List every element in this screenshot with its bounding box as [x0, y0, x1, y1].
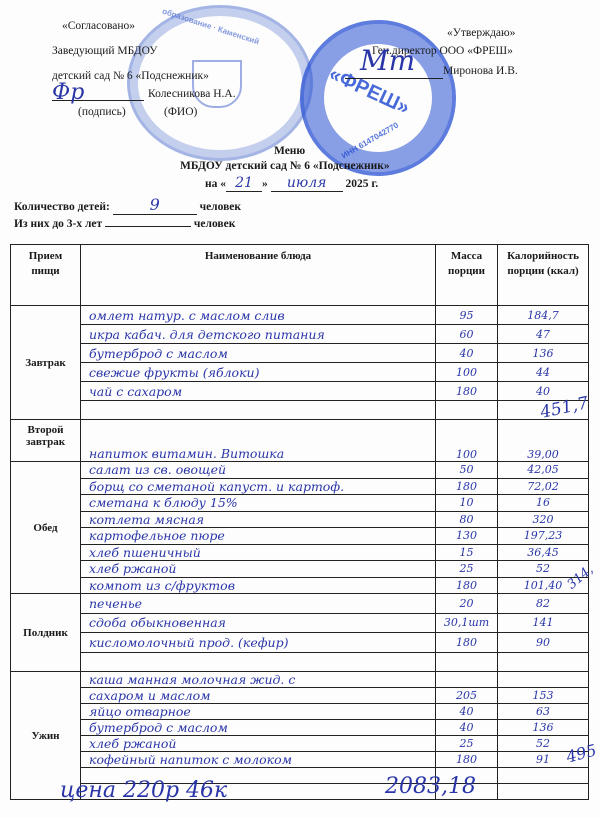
- dish-name: сметана к блюду 15%: [81, 495, 436, 512]
- dish-name: печенье: [81, 594, 436, 614]
- dish-name-text: котлета мясная: [81, 512, 204, 527]
- dish-name-text: бутерброд с маслом: [81, 720, 228, 735]
- dish-kcal: [498, 768, 589, 784]
- dish-kcal-text: 47: [536, 328, 550, 341]
- dish-mass-text: 180: [456, 753, 477, 766]
- organization-stamp-kindergarten: образование · Каменский: [127, 5, 313, 161]
- dish-kcal: 197,23: [498, 528, 589, 545]
- table-row: бутерброд с маслом40136: [11, 344, 589, 363]
- dish-name-text: хлеб пшеничный: [81, 545, 201, 560]
- header-mass: Масса порции: [436, 245, 498, 306]
- signature-caption: (подпись): [78, 106, 126, 118]
- dish-kcal: [498, 672, 589, 688]
- dish-name-text: [81, 403, 89, 418]
- dish-mass-text: 40: [460, 721, 474, 734]
- dish-name-text: сахаром и маслом: [81, 688, 211, 703]
- table-row: борщ со сметаной капуст. и картоф.18072,…: [11, 478, 589, 495]
- dish-mass: 15: [436, 544, 498, 561]
- dish-mass: 25: [436, 736, 498, 752]
- dish-mass: 40: [436, 344, 498, 363]
- dish-name-text: свежие фрукты (яблоки): [81, 365, 259, 380]
- dish-mass-text: 50: [460, 463, 474, 476]
- dish-mass: 25: [436, 561, 498, 578]
- dish-kcal-text: 39,00: [527, 448, 559, 461]
- dish-kcal: [498, 784, 589, 800]
- dish-name: бутерброд с маслом: [81, 720, 436, 736]
- dish-kcal-text: 91: [536, 753, 550, 766]
- dish-kcal-text: 320: [533, 513, 554, 526]
- dish-mass: 130: [436, 528, 498, 545]
- approval-right-label: «Утверждаю»: [447, 27, 515, 39]
- dish-name-text: яйцо отварное: [81, 704, 191, 719]
- price-note: цена 220р 46к: [60, 778, 227, 803]
- date-day: 21: [235, 175, 253, 191]
- dish-mass: 180: [436, 633, 498, 653]
- dish-mass-text: 180: [456, 385, 477, 398]
- dish-name: сдоба обыкновенная: [81, 613, 436, 633]
- dish-mass: 40: [436, 704, 498, 720]
- dish-mass: 100: [436, 420, 498, 462]
- date-mid: »: [262, 178, 268, 190]
- dish-kcal-text: 153: [533, 689, 554, 702]
- dish-mass: 30,1шт: [436, 613, 498, 633]
- dish-kcal-text: 52: [536, 737, 550, 750]
- dish-mass-text: 20: [460, 597, 474, 610]
- dish-name-text: [81, 654, 89, 669]
- table-header-row: Прием пищи Наименование блюда Масса порц…: [11, 245, 589, 306]
- dish-name-text: сметана к блюду 15%: [81, 495, 238, 510]
- dish-mass: 10: [436, 495, 498, 512]
- table-row: кисломолочный прод. (кефир)18090: [11, 633, 589, 653]
- dish-mass-text: 30,1шт: [444, 616, 489, 629]
- header-dish: Наименование блюда: [81, 245, 436, 306]
- dish-name: борщ со сметаной капуст. и картоф.: [81, 478, 436, 495]
- dish-mass: 20: [436, 594, 498, 614]
- dish-kcal-text: 136: [533, 721, 554, 734]
- meal-name: Полдник: [11, 594, 81, 672]
- dish-kcal: 90: [498, 633, 589, 653]
- meal-name: Завтрак: [11, 306, 81, 420]
- table-row: сдоба обыкновенная30,1шт141: [11, 613, 589, 633]
- children-count-row: Количество детей: 9 человек: [14, 195, 241, 215]
- stamp-ring-text: образование · Каменский: [161, 7, 260, 47]
- under3-count-row: Из них до 3-х лет человек: [14, 214, 235, 230]
- table-row: Ужинкаша манная молочная жид. с: [11, 672, 589, 688]
- under3-count-unit: человек: [194, 218, 235, 230]
- dish-name: хлеб ржаной: [81, 736, 436, 752]
- dish-name: [81, 401, 436, 420]
- dish-name-text: печенье: [81, 596, 142, 611]
- dish-name: компот из с/фруктов: [81, 577, 436, 594]
- dish-name: кисломолочный прод. (кефир): [81, 633, 436, 653]
- signature-right: Мт: [360, 44, 415, 77]
- dish-kcal-text: 42,05: [527, 463, 559, 476]
- dish-name-text: борщ со сметаной капуст. и картоф.: [81, 479, 344, 494]
- dish-mass: 40: [436, 720, 498, 736]
- dish-mass-text: 25: [460, 737, 474, 750]
- dish-name: хлеб ржаной: [81, 561, 436, 578]
- approval-left-name: Колесникова Н.А.: [148, 88, 236, 100]
- dish-mass-text: 40: [460, 347, 474, 360]
- dish-mass-text: 180: [456, 480, 477, 493]
- dish-kcal: 63: [498, 704, 589, 720]
- table-row: чай с сахаром18040: [11, 382, 589, 401]
- dish-mass: 80: [436, 511, 498, 528]
- menu-table: Прием пищи Наименование блюда Масса порц…: [10, 244, 589, 800]
- dish-kcal: 136: [498, 344, 589, 363]
- dish-kcal-text: 52: [536, 562, 550, 575]
- dish-mass: 180: [436, 382, 498, 401]
- meal-name: Обед: [11, 462, 81, 594]
- approval-left-label: «Согласовано»: [62, 20, 135, 32]
- under3-count-value: [105, 214, 191, 227]
- dish-kcal: 42,05: [498, 462, 589, 479]
- table-row: бутерброд с маслом40136: [11, 720, 589, 736]
- dish-kcal-text: 44: [536, 366, 550, 379]
- dish-kcal: 82: [498, 594, 589, 614]
- dish-name: салат из св. овощей: [81, 462, 436, 479]
- dish-name: бутерброд с маслом: [81, 344, 436, 363]
- dish-name: картофельное пюре: [81, 528, 436, 545]
- dish-mass-text: 180: [456, 636, 477, 649]
- dish-name: омлет натур. с маслом слив: [81, 306, 436, 325]
- dish-name-text: икра кабач. для детского питания: [81, 327, 325, 342]
- table-row: [11, 652, 589, 672]
- dish-name: яйцо отварное: [81, 704, 436, 720]
- dish-name-text: бутерброд с маслом: [81, 346, 228, 361]
- dish-kcal: 39,00: [498, 420, 589, 462]
- table-row: икра кабач. для детского питания6047: [11, 325, 589, 344]
- dish-name-text: хлеб ржаной: [81, 561, 176, 576]
- dish-name-text: кисломолочный прод. (кефир): [81, 635, 289, 650]
- dish-name-text: напиток витамин. Витошка: [81, 446, 284, 461]
- dish-name-text: сдоба обыкновенная: [81, 615, 226, 630]
- meal-name: Второй завтрак: [11, 420, 81, 462]
- dish-kcal: 36,45: [498, 544, 589, 561]
- children-count-label: Количество детей:: [14, 201, 110, 213]
- table-row: Обедсалат из св. овощей5042,05: [11, 462, 589, 479]
- dish-mass: 180: [436, 577, 498, 594]
- dish-mass: 60: [436, 325, 498, 344]
- table-row: хлеб пшеничный1536,45: [11, 544, 589, 561]
- dish-name: чай с сахаром: [81, 382, 436, 401]
- dish-kcal: 16: [498, 495, 589, 512]
- under3-count-label: Из них до 3-х лет: [14, 218, 102, 230]
- table-row: кофейный напиток с молоком18091: [11, 752, 589, 768]
- dish-name: сахаром и маслом: [81, 688, 436, 704]
- dish-kcal-text: 82: [536, 597, 550, 610]
- dish-mass: 50: [436, 462, 498, 479]
- menu-subtitle: МБДОУ детский сад № 6 «Подснежник»: [180, 160, 390, 172]
- dish-name-text: чай с сахаром: [81, 384, 182, 399]
- dish-mass: [436, 672, 498, 688]
- dish-name-text: хлеб ржаной: [81, 736, 176, 751]
- dish-mass: 95: [436, 306, 498, 325]
- dish-kcal-text: 101,40: [524, 579, 563, 592]
- dish-name-text: картофельное пюре: [81, 528, 225, 543]
- dish-kcal: 44: [498, 363, 589, 382]
- total-calories: 2083,18: [385, 774, 476, 799]
- signature-left: Фр: [52, 80, 84, 105]
- dish-kcal: 184,7: [498, 306, 589, 325]
- dish-mass-text: 180: [456, 579, 477, 592]
- table-row: Завтракомлет натур. с маслом слив95184,7: [11, 306, 589, 325]
- dish-name-text: компот из с/фруктов: [81, 578, 235, 593]
- dish-kcal: [498, 652, 589, 672]
- dish-mass-text: 130: [456, 529, 477, 542]
- dish-name-text: салат из св. овощей: [81, 462, 226, 477]
- dish-kcal-text: 197,23: [524, 529, 563, 542]
- dish-kcal: 320: [498, 511, 589, 528]
- dish-mass-text: 205: [456, 689, 477, 702]
- dish-kcal-text: 63: [536, 705, 550, 718]
- dish-mass: 100: [436, 363, 498, 382]
- menu-title: Меню: [274, 145, 305, 157]
- dish-name: кофейный напиток с молоком: [81, 752, 436, 768]
- dish-kcal-text: 36,45: [527, 546, 559, 559]
- approval-right-name: Миронова И.В.: [443, 65, 518, 77]
- table-row: хлеб ржаной2552: [11, 736, 589, 752]
- dish-name: котлета мясная: [81, 511, 436, 528]
- dish-mass: [436, 652, 498, 672]
- header-kcal: Калорийность порции (ккал): [498, 245, 589, 306]
- table-row: сметана к блюду 15%1016: [11, 495, 589, 512]
- header-meal: Прием пищи: [11, 245, 81, 306]
- dish-mass: 205: [436, 688, 498, 704]
- table-row: картофельное пюре130197,23: [11, 528, 589, 545]
- children-count-unit: человек: [200, 201, 241, 213]
- dish-kcal: 47: [498, 325, 589, 344]
- dish-kcal: 136: [498, 720, 589, 736]
- table-row: котлета мясная80320: [11, 511, 589, 528]
- dish-name: хлеб пшеничный: [81, 544, 436, 561]
- dish-mass-text: 25: [460, 562, 474, 575]
- children-count-value: 9: [150, 195, 160, 214]
- signature-line-right: [345, 78, 443, 79]
- date-month: июля: [287, 175, 327, 191]
- dish-kcal-text: 40: [536, 385, 550, 398]
- table-row: хлеб ржаной2552: [11, 561, 589, 578]
- dish-kcal-text: 184,7: [527, 309, 559, 322]
- dish-name-text: каша манная молочная жид. с: [81, 672, 295, 687]
- dish-kcal-text: 72,02: [527, 480, 559, 493]
- dish-mass-text: 100: [456, 366, 477, 379]
- dish-kcal: 141: [498, 613, 589, 633]
- dish-kcal: 72,02: [498, 478, 589, 495]
- date-year: 2025 г.: [346, 178, 379, 190]
- dish-mass-text: 100: [456, 448, 477, 461]
- table-row: свежие фрукты (яблоки)10044: [11, 363, 589, 382]
- dish-name-text: омлет натур. с маслом слив: [81, 308, 285, 323]
- dish-mass-text: 10: [460, 496, 474, 509]
- dish-name: каша манная молочная жид. с: [81, 672, 436, 688]
- table-row: компот из с/фруктов180101,40: [11, 577, 589, 594]
- dish-name: напиток витамин. Витошка: [81, 420, 436, 462]
- dish-kcal-text: 16: [536, 496, 550, 509]
- dish-kcal-text: 136: [533, 347, 554, 360]
- dish-kcal: 153: [498, 688, 589, 704]
- date-prefix: на «: [205, 178, 226, 190]
- dish-mass: 180: [436, 752, 498, 768]
- dish-name: свежие фрукты (яблоки): [81, 363, 436, 382]
- menu-date: на «21» июля 2025 г.: [205, 175, 378, 192]
- name-caption: (ФИО): [164, 106, 197, 118]
- dish-mass-text: 60: [460, 328, 474, 341]
- dish-mass-text: 80: [460, 513, 474, 526]
- dish-mass: [436, 401, 498, 420]
- approval-left-position: Заведующий МБДОУ: [52, 45, 157, 57]
- table-row: сахаром и маслом205153: [11, 688, 589, 704]
- table-row: [11, 401, 589, 420]
- dish-mass-text: 15: [460, 546, 474, 559]
- table-row: Второй завтракнапиток витамин. Витошка10…: [11, 420, 589, 462]
- stamp-inn-text: ИНН 6147042770: [340, 121, 400, 161]
- dish-name-text: кофейный напиток с молоком: [81, 752, 292, 767]
- coat-of-arms-icon: [192, 60, 242, 108]
- table-row: яйцо отварное4063: [11, 704, 589, 720]
- dish-mass-text: 95: [460, 309, 474, 322]
- dish-mass-text: 40: [460, 705, 474, 718]
- table-row: Полдникпеченье2082: [11, 594, 589, 614]
- dish-kcal-text: 90: [536, 636, 550, 649]
- dish-kcal-text: 141: [533, 616, 554, 629]
- dish-name: икра кабач. для детского питания: [81, 325, 436, 344]
- dish-mass: 180: [436, 478, 498, 495]
- dish-name: [81, 652, 436, 672]
